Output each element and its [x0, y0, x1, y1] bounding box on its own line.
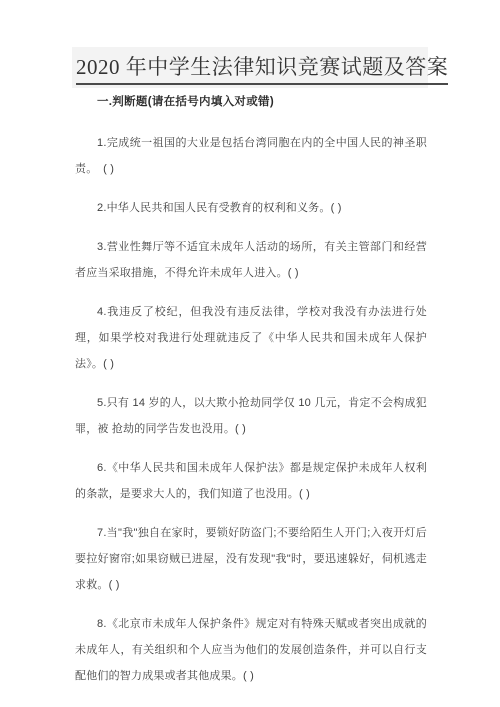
- document-title: 2020 年中学生法律知识竞赛试题及答案: [76, 51, 448, 85]
- question-item-7: 7.当"我"独自在家时，要锁好防盗门;不要给陌生人开门;入夜开灯后要拉好窗帘;如…: [75, 520, 427, 598]
- title-band: 2020 年中学生法律知识竞赛试题及答案: [72, 47, 428, 88]
- question-item-5: 5.只有 14 岁的人，以大欺小抢劫同学仅 10 几元，肯定不会构成犯罪，被 抢…: [75, 390, 427, 442]
- question-list: 1.完成统一祖国的大业是包括台湾同胞在内的全中国人民的神圣职责。 ( ) 2.中…: [75, 130, 427, 702]
- question-item-6: 6.《中华人民共和国未成年人保护法》都是规定保护未成年人权利的条款，是要求大人的…: [75, 455, 427, 507]
- question-item-8: 8.《北京市未成年人保护条件》规定对有特殊天赋或者突出成就的未成年人，有关组织和…: [75, 611, 427, 689]
- question-item-3: 3.营业性舞厅等不适宜未成年人活动的场所，有关主管部门和经营者应当采取措施，不得…: [75, 234, 427, 286]
- section-heading: 一.判断题(请在括号内填入对或错): [97, 93, 274, 109]
- question-item-2: 2.中华人民共和国人民有受教育的权利和义务。( ): [75, 195, 427, 221]
- question-item-1: 1.完成统一祖国的大业是包括台湾同胞在内的全中国人民的神圣职责。 ( ): [75, 130, 427, 182]
- document-page: 2020 年中学生法律知识竞赛试题及答案 一.判断题(请在括号内填入对或错) 1…: [0, 0, 500, 707]
- question-item-4: 4.我违反了校纪，但我没有违反法律，学校对我没有办法进行处理，如果学校对我进行处…: [75, 299, 427, 377]
